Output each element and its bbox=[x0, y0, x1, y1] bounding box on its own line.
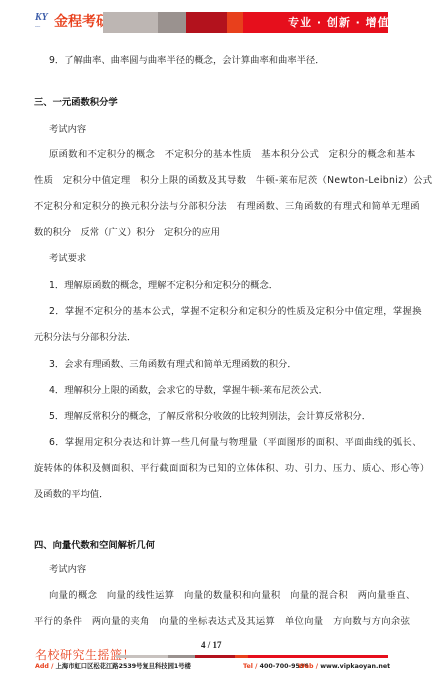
web-label: Web / bbox=[298, 663, 318, 670]
address-value: 上海市虹口区松花江路2539号复旦科技园1号楼 bbox=[56, 663, 191, 670]
s4-content-line: 向量的概念 向量的线性运算 向量的数量积和向量积 向量的混合积 两向量垂直、 bbox=[49, 590, 416, 602]
footer-bar-segment-red bbox=[248, 655, 388, 658]
section-3-title: 三、一元函数积分学 bbox=[34, 97, 118, 109]
footer-web: Web / www.vipkaoyan.net bbox=[298, 663, 390, 671]
item-9: 9．了解曲率、曲率圆与曲率半径的概念，会计算曲率和曲率半径． bbox=[49, 55, 325, 67]
address-label: Add / bbox=[35, 663, 53, 670]
header-bar-segment-light-grey bbox=[103, 12, 158, 33]
s3-exam-content-label: 考试内容 bbox=[49, 124, 86, 136]
logo-mark-text: KY bbox=[35, 12, 48, 23]
s4-exam-content-label: 考试内容 bbox=[49, 564, 86, 576]
s3-exam-requirements-label: 考试要求 bbox=[49, 253, 86, 265]
header-slogan: 专业 · 创新 · 增值 bbox=[288, 12, 390, 33]
s3-content-line: 数的积分 反常（广义）积分 定积分的应用 bbox=[34, 227, 220, 239]
s3-requirement: 旋转体的体积及侧面积、平行截面面积为已知的立体体积、功、引力、压力、质心、形心等… bbox=[34, 463, 430, 475]
logo-icon: KY~~ bbox=[35, 13, 52, 31]
section-4-title: 四、向量代数和空间解析几何 bbox=[34, 540, 155, 552]
tel-label: Tel / bbox=[243, 663, 257, 670]
header-bar-segment-dark-red bbox=[186, 12, 227, 33]
s3-requirement: 1．理解原函数的概念，理解不定积分和定积分的概念． bbox=[49, 280, 278, 292]
logo-mark-sub: ~~ bbox=[35, 23, 52, 33]
s3-requirement: 3．会求有理函数、三角函数有理式和简单无理函数的积分． bbox=[49, 359, 297, 371]
footer-bar-segment-light-grey bbox=[116, 655, 168, 658]
s3-requirement: 4．理解积分上限的函数，会求它的导数，掌握牛顿-莱布尼茨公式． bbox=[49, 385, 328, 397]
s3-requirement: 2．掌握不定积分的基本公式，掌握不定积分和定积分的性质及定积分中值定理，掌握换 bbox=[49, 306, 422, 318]
s3-requirement: 元积分法与分部积分法． bbox=[34, 332, 136, 344]
s3-requirement: 及函数的平均值． bbox=[34, 489, 108, 501]
s3-requirement: 5．理解反常积分的概念，了解反常积分收敛的比较判别法，会计算反常积分． bbox=[49, 411, 371, 423]
s3-content-line: 性质 定积分中值定理 积分上限的函数及其导数 牛顿-莱布尼茨（Newton-Le… bbox=[34, 175, 432, 187]
s3-requirement: 6．掌握用定积分表达和计算一些几何量与物理量（平面图形的面积、平面曲线的弧长、 bbox=[49, 437, 422, 449]
s3-content-line: 原函数和不定积分的概念 不定积分的基本性质 基本积分公式 定积分的概念和基本 bbox=[49, 149, 416, 161]
footer-address: Add / 上海市虹口区松花江路2539号复旦科技园1号楼 bbox=[35, 663, 191, 671]
header-bar-segment-orange bbox=[227, 12, 243, 33]
header-bar-segment-dark-grey bbox=[158, 12, 186, 33]
footer-bar-segment-orange bbox=[235, 655, 248, 658]
s3-content-line: 不定积分和定积分的换元积分法与分部积分法 有理函数、三角函数的有理式和简单无理函 bbox=[34, 201, 420, 213]
web-link[interactable]: www.vipkaoyan.net bbox=[320, 663, 390, 670]
page-number: 4 / 17 bbox=[201, 640, 222, 650]
footer-bar-segment-dark-grey bbox=[168, 655, 195, 658]
footer-bar-segment-dark-red bbox=[195, 655, 235, 658]
s4-content-line: 平行的条件 两向量的夹角 向量的坐标表达式及其运算 单位向量 方向数与方向余弦 bbox=[34, 616, 410, 628]
brand-logo-text: 金程考研 bbox=[54, 12, 110, 32]
